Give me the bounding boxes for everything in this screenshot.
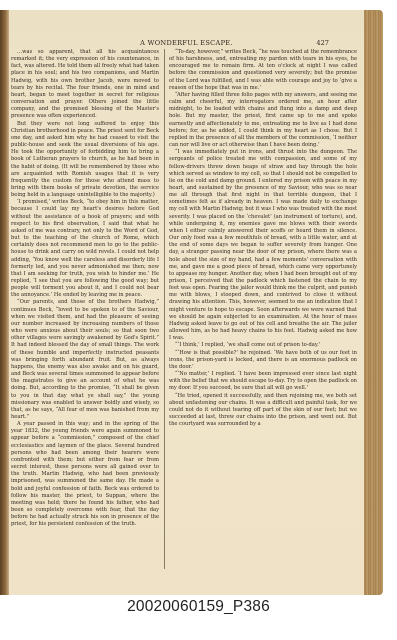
- paragraph: “I was immediately put in irons, and thr…: [169, 149, 357, 342]
- paragraph: “Our parents, and those of the brothers …: [11, 299, 159, 421]
- paragraph: “‘How is that possible?’ he rejoined. ‘W…: [169, 350, 357, 371]
- paragraph: “After having filled three folio pages w…: [169, 92, 357, 149]
- paragraph: “To-day, however,” writes Beck, “he was …: [169, 49, 357, 92]
- paragraph: ‘I promised,’ writes Beck, “to obey him …: [11, 199, 159, 299]
- left-column: …was so apparent, that all his acquainta…: [11, 49, 159, 528]
- paragraph: “He tried, opened it successfully, and t…: [169, 393, 357, 429]
- paragraph: “‘No matter,’ I replied. ‘I have been im…: [169, 371, 357, 392]
- right-column: “To-day, however,” writes Beck, “he was …: [169, 49, 357, 428]
- paragraph: “‘I think,’ I replied, ‘we shall come ou…: [169, 342, 357, 349]
- page-number: 427: [316, 39, 329, 47]
- paragraph: But they were not long suffered to enjoy…: [11, 121, 159, 200]
- image-id-caption: 20020060159_P386: [0, 598, 397, 616]
- paragraph: A year passed in this way; and in the sp…: [11, 421, 159, 528]
- running-head: A WONDERFUL ESCAPE.: [9, 39, 364, 47]
- page-fore-edge: [364, 10, 383, 595]
- column-divider: [164, 49, 165, 569]
- page: A WONDERFUL ESCAPE. 427 …was so apparent…: [9, 10, 364, 595]
- paragraph: …was so apparent, that all his acquainta…: [11, 49, 159, 121]
- book-spine: [0, 10, 9, 595]
- book-page-scan: A WONDERFUL ESCAPE. 427 …was so apparent…: [0, 10, 383, 595]
